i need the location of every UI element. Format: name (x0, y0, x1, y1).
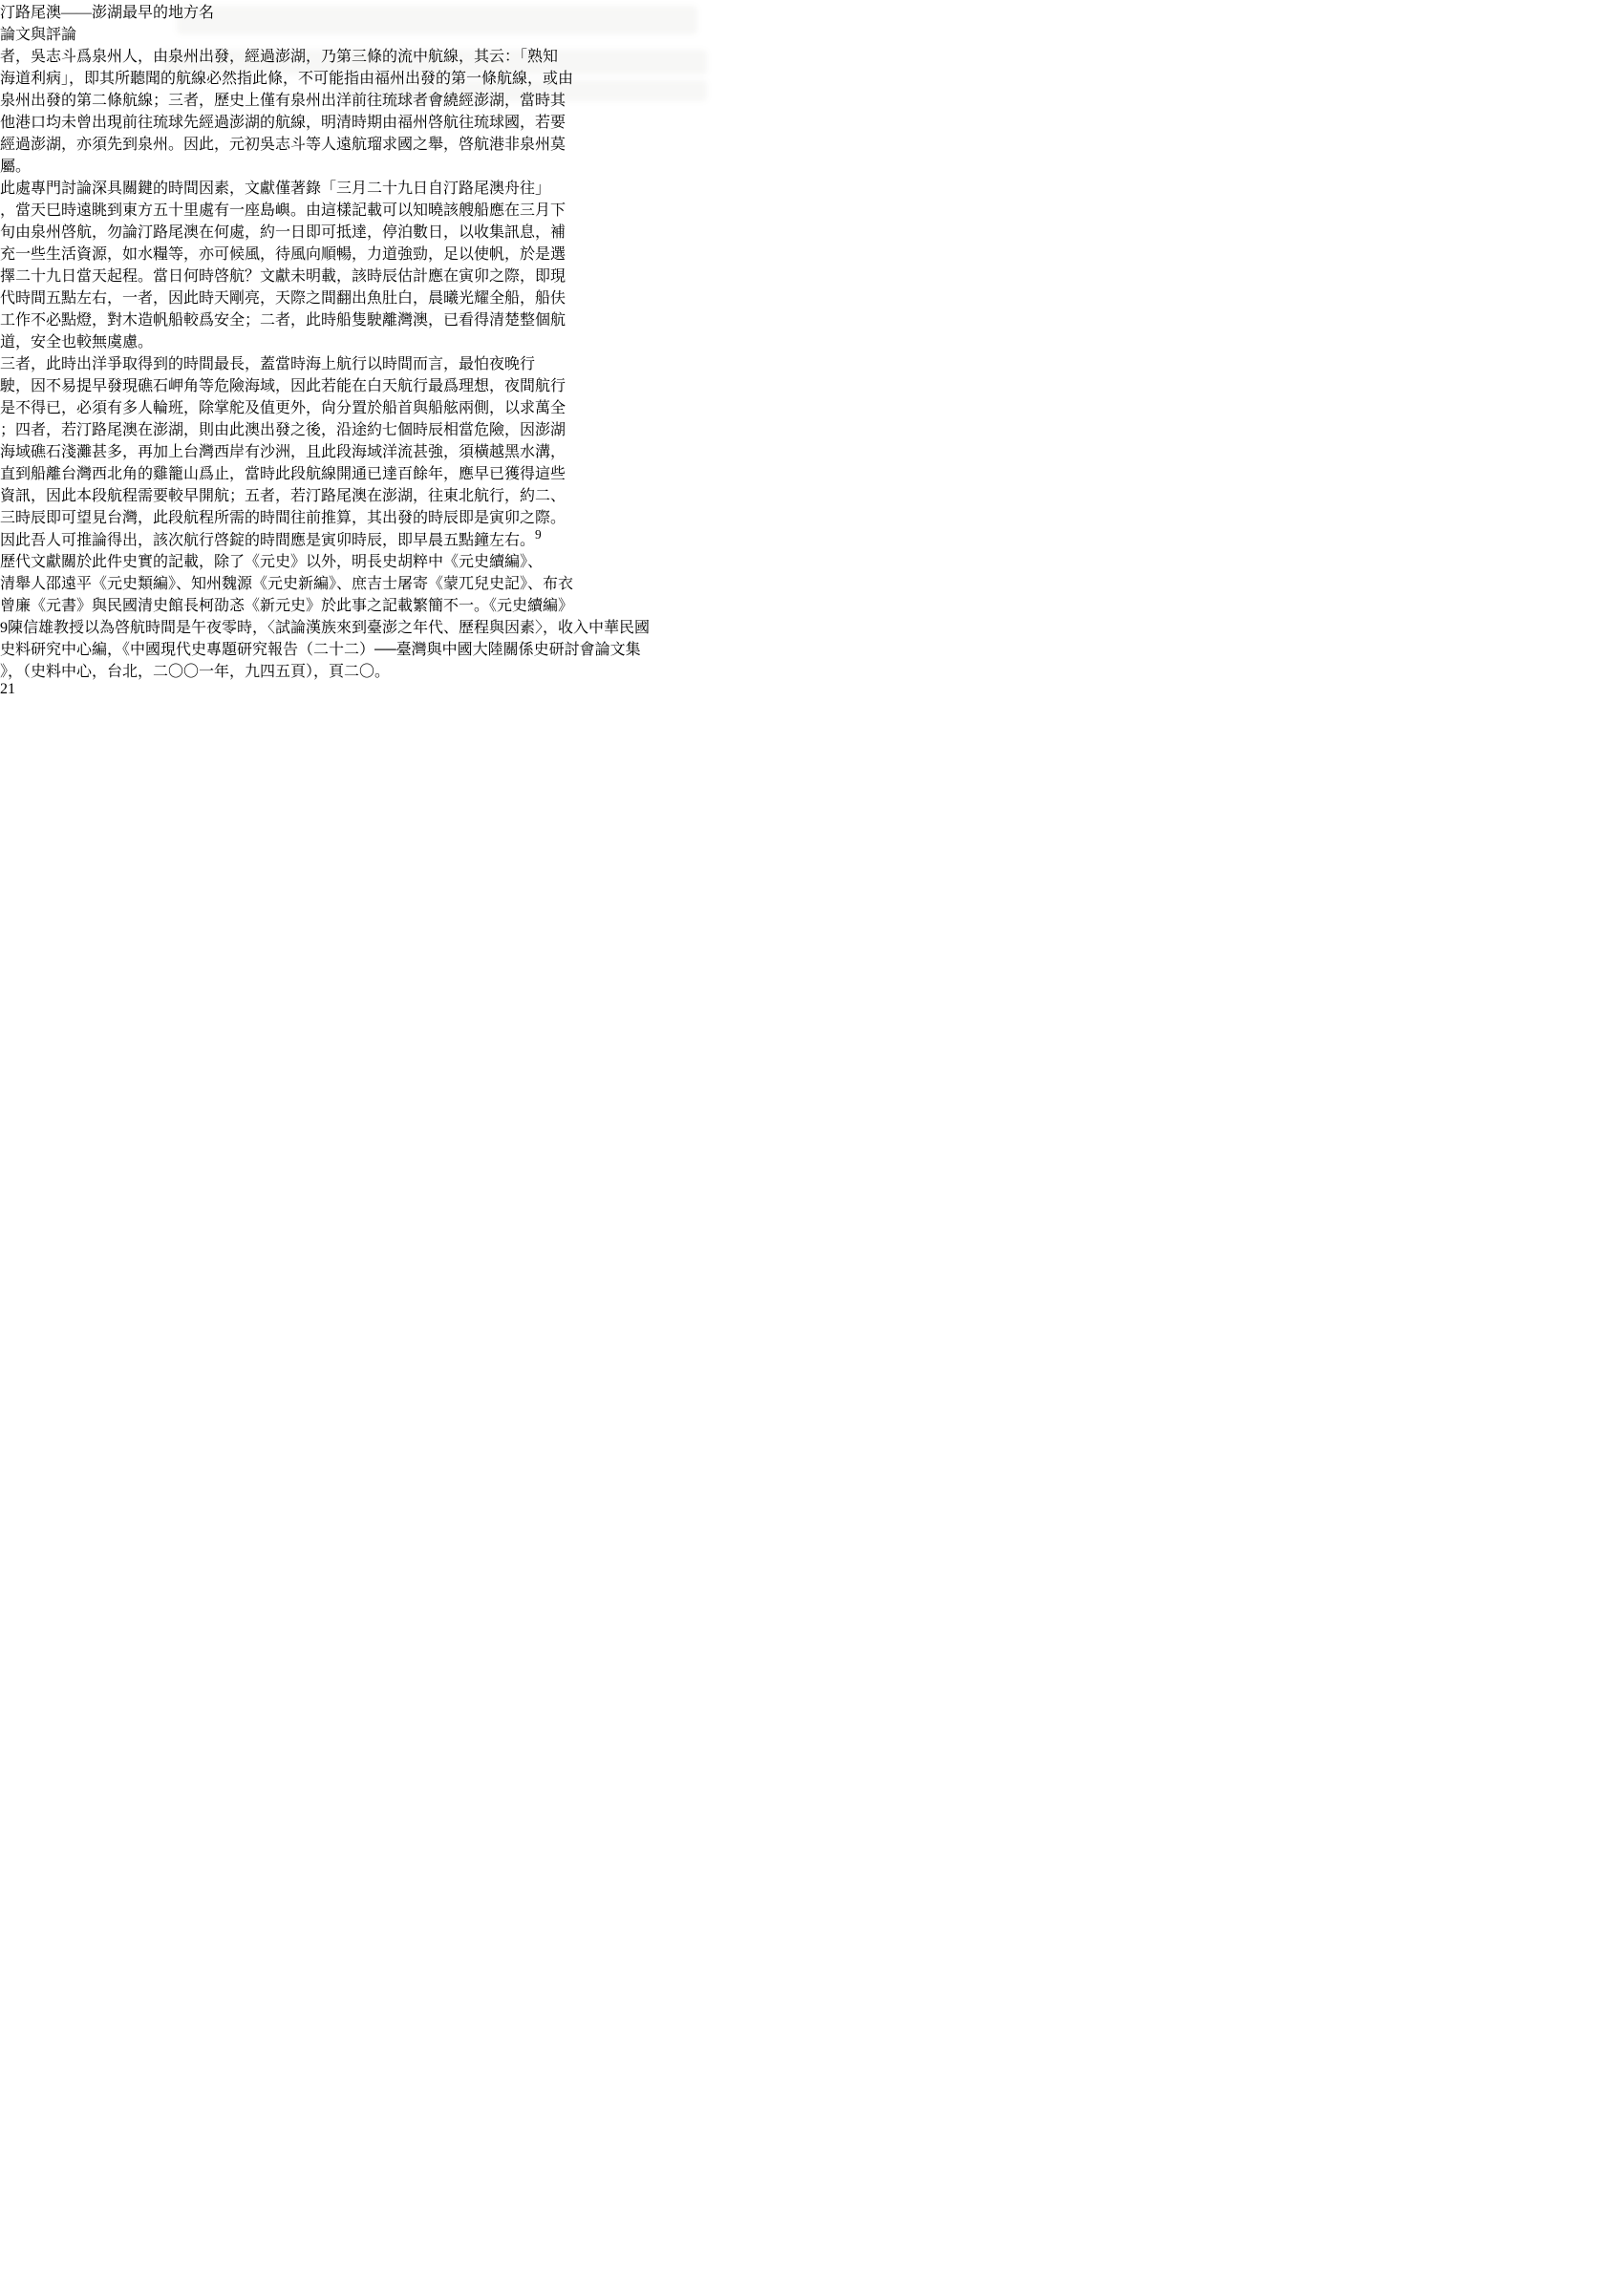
body-line: 道，安全也較無虞慮。 (0, 330, 1624, 351)
body-line: 歷代文獻關於此件史實的記載，除了《元史》以外，明長史胡粹中《元史續編》、 (0, 549, 1624, 571)
document-page: { "header": { "running_title": "汀路尾澳——澎湖… (0, 0, 1624, 2296)
body-line: 駛，因不易提早發現礁石岬角等危險海域，因此若能在白天航行最爲理想，夜間航行 (0, 373, 1624, 395)
body-line: 海域礁石淺灘甚多，再加上台灣西岸有沙洲，且此段海域洋流甚強，須橫越黑水溝， (0, 439, 1624, 461)
body-line: 直到船離台灣西北角的雞籠山爲止，當時此段航線開通已達百餘年，應早已獲得這些 (0, 461, 1624, 483)
body-line: 代時間五點左右，一者，因此時天剛亮，天際之間翻出魚肚白，晨曦光耀全船，船伕 (0, 286, 1624, 308)
body-line: 三時辰即可望見台灣，此段航程所需的時間往前推算，其出發的時辰即是寅卯之際。 (0, 505, 1624, 527)
body-line: 旬由泉州啓航，勿論汀路尾澳在何處，約一日即可抵達，停泊數日，以收集訊息，補 (0, 220, 1624, 242)
footnote-line: 9陳信雄教授以為啓航時間是午夜零時，〈試論漢族來到臺澎之年代、歷程與因素〉，收入… (0, 615, 1624, 637)
body-line: ，當天巳時遠眺到東方五十里處有一座島嶼。由這樣記載可以知曉該艘船應在三月下 (0, 198, 1624, 220)
body-line: 因此吾人可推論得出，該次航行啓錠的時間應是寅卯時辰，即早晨五點鐘左右。9 (0, 527, 1624, 549)
footnote-ref: 9 (535, 527, 542, 542)
body-line: 泉州出發的第二條航線；三者，歷史上僅有泉州出洋前往琉球者會繞經澎湖，當時其 (0, 88, 1624, 110)
body-line: 屬。 (0, 154, 1624, 176)
body-line: 是不得已，必須有多人輪班，除掌舵及值更外，尙分置於船首與船舷兩側，以求萬全 (0, 395, 1624, 417)
header-gradient-bar (0, 117, 1189, 154)
footnote-line: 》，（史料中心，台北，二〇〇一年，九四五頁），頁二〇。 (0, 659, 1624, 681)
footnote-line: 史料研究中心編，《中國現代史專題研究報告（二十二）──臺灣與中國大陸關係史研討會… (0, 637, 1624, 659)
body-line: 擇二十九日當天起程。當日何時啓航？文獻未明載，該時辰估計應在寅卯之際，即現 (0, 264, 1624, 286)
page-number: 21 (0, 681, 1624, 698)
body-line: 工作不必點燈，對木造帆船較爲安全；二者，此時船隻駛離灣澳，已看得清楚整個航 (0, 308, 1624, 330)
bleedthrough-text (177, 6, 697, 34)
body-line: 三者，此時出洋爭取得到的時間最長，蓋當時海上航行以時間而言，最怕夜晚行 (0, 351, 1624, 373)
body-line: 充一些生活資源，如水糧等，亦可候風，待風向順暢，力道強勁，足以使帆，於是選 (0, 242, 1624, 264)
body-line: 此處專門討論深具關鍵的時間因素，文獻僅著錄「三月二十九日自汀路尾澳舟往」 (0, 176, 1624, 198)
footnote: 9陳信雄教授以為啓航時間是午夜零時，〈試論漢族來到臺澎之年代、歷程與因素〉，收入… (0, 615, 1624, 681)
footnote-marker: 9 (0, 620, 8, 636)
body-line: ；四者，若汀路尾澳在澎湖，則由此澳出發之後，沿途約七個時辰相當危險，因澎湖 (0, 417, 1624, 439)
body-line: 清舉人邵遠平《元史類編》、知州魏源《元史新編》、庶吉士屠寄《蒙兀兒史記》、布衣 (0, 571, 1624, 593)
body-line: 資訊，因此本段航程需要較早開航；五者，若汀路尾澳在澎湖，往東北航行，約二、 (0, 483, 1624, 505)
bleedthrough-text (334, 80, 707, 101)
bleedthrough-text (162, 50, 707, 74)
body-line: 曾廉《元書》與民國清史館長柯劭忞《新元史》於此事之記載繁簡不一。《元史續編》 (0, 593, 1624, 615)
